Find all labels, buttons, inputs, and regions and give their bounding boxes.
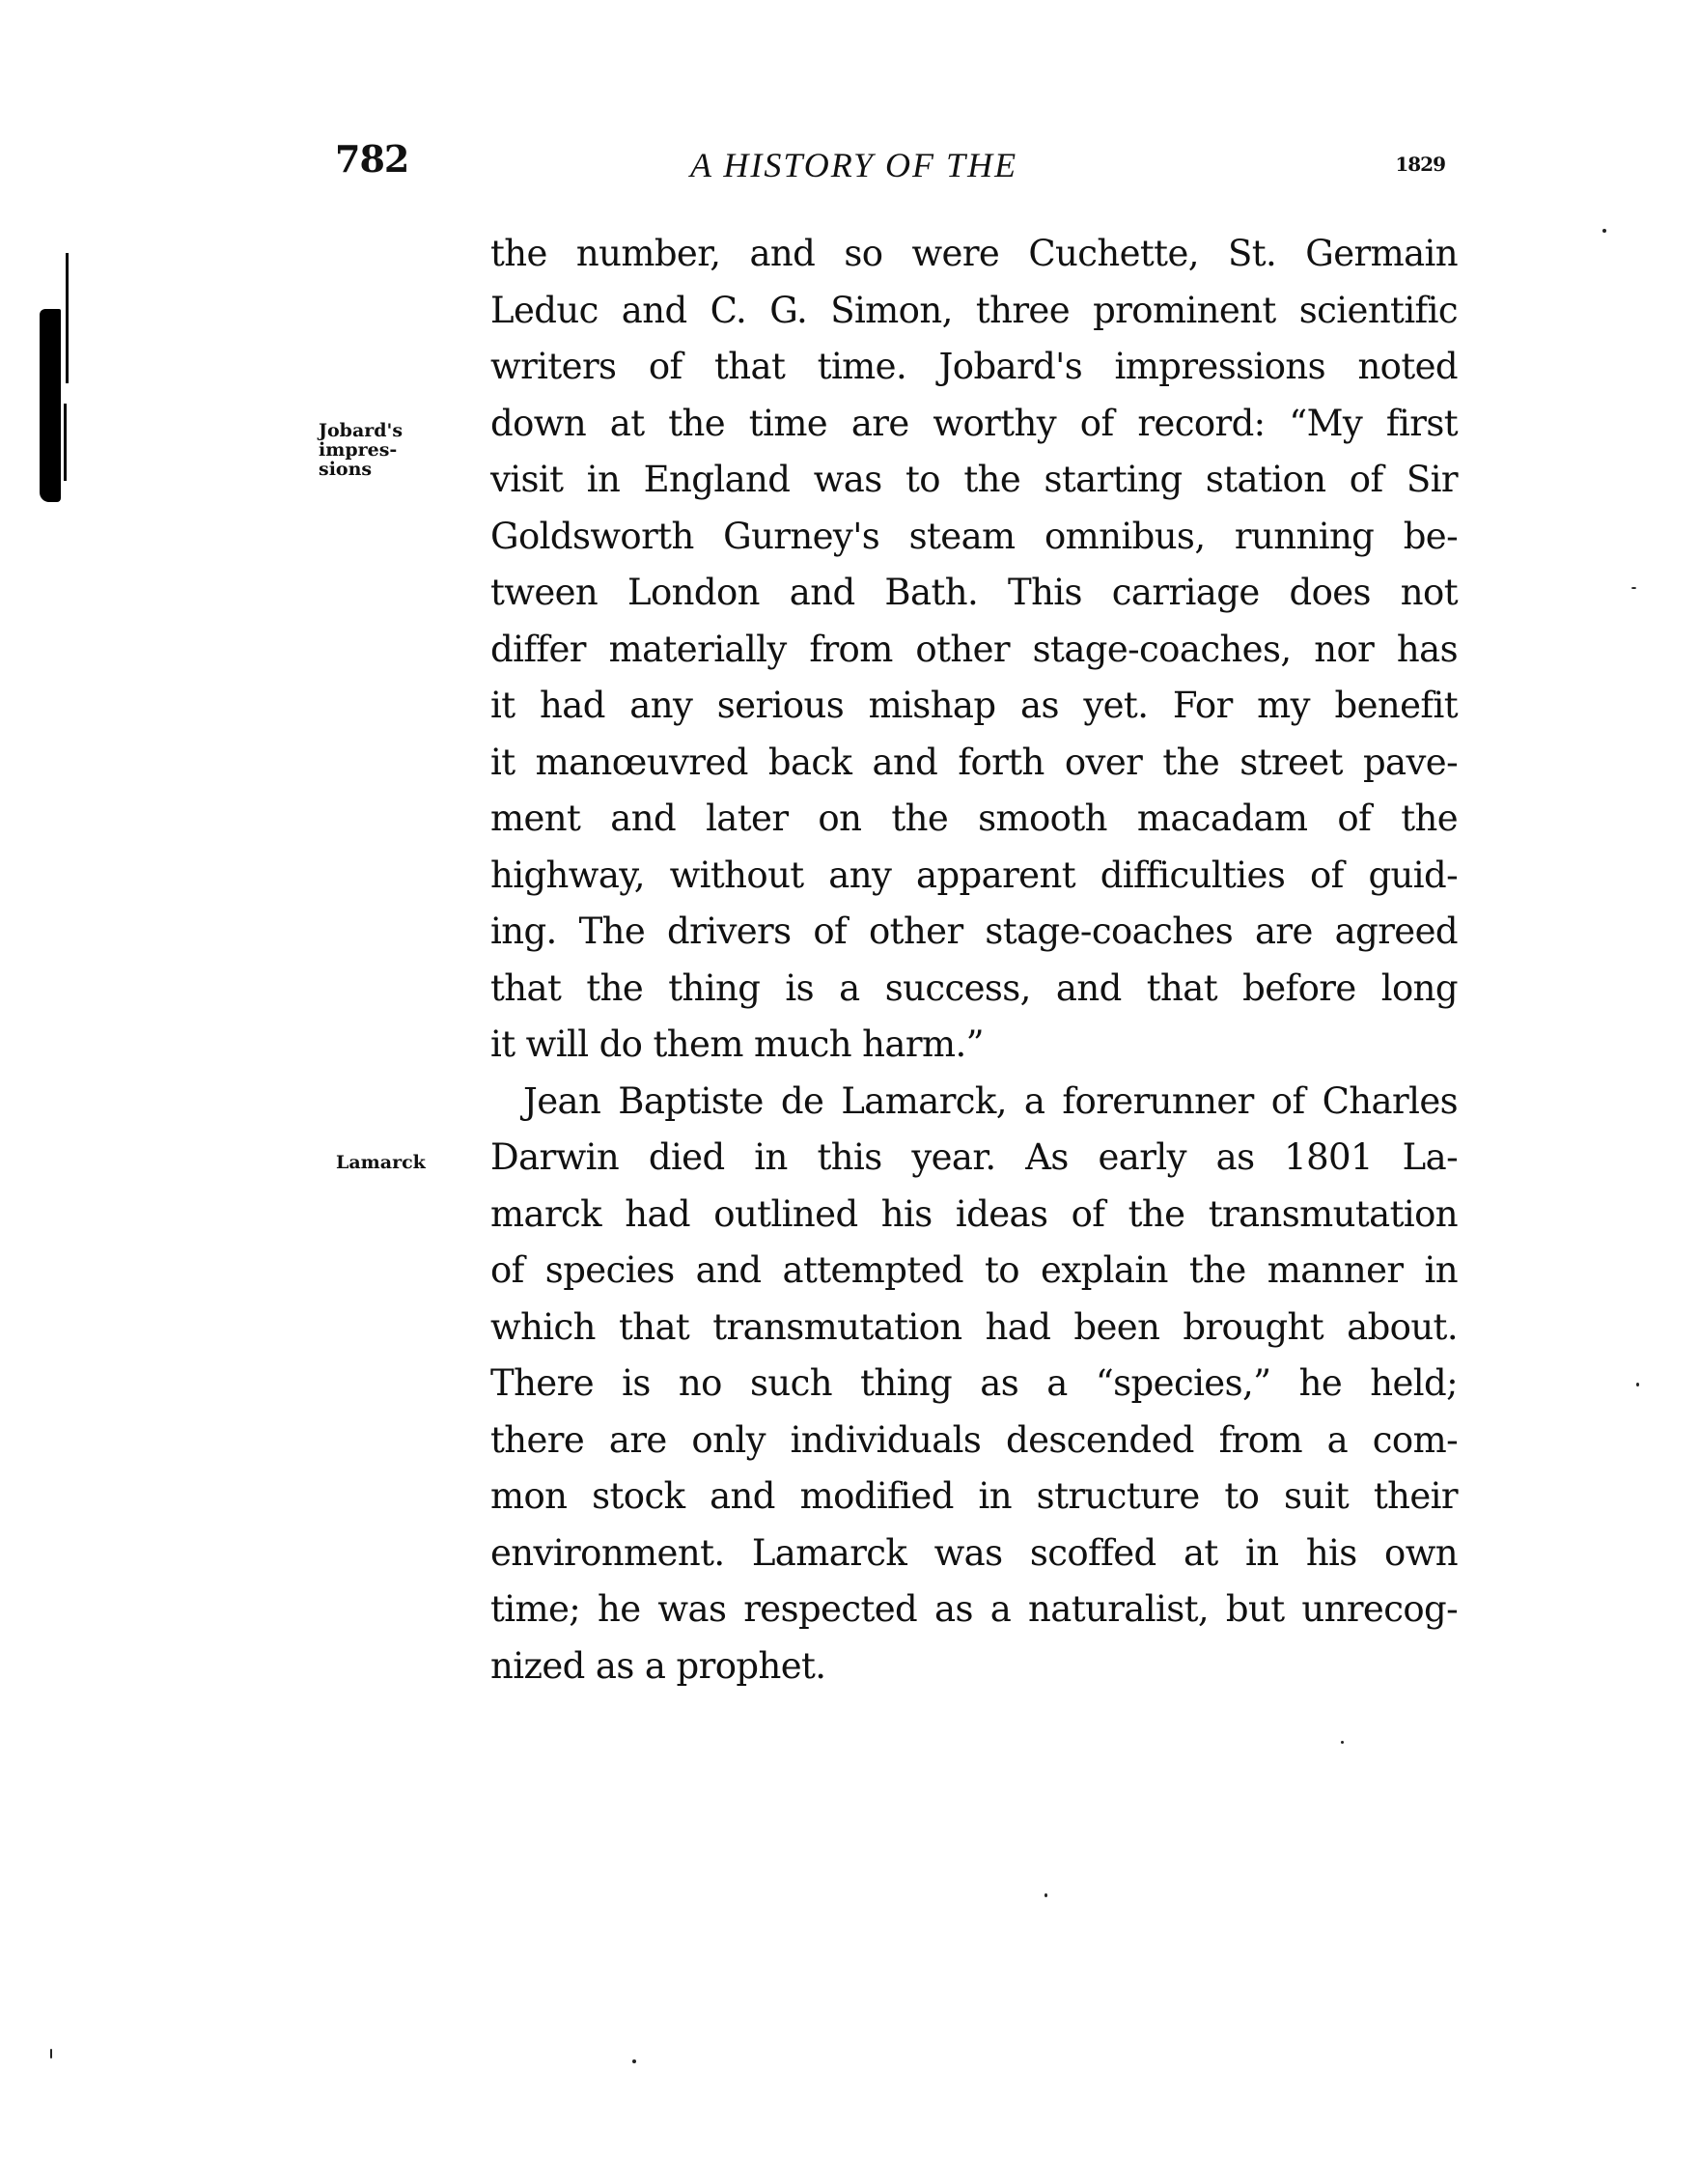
scan-speck xyxy=(50,2049,52,2058)
text-line: Goldsworth Gurney's steam omnibus, runni… xyxy=(490,509,1458,566)
scan-speck xyxy=(632,2059,636,2063)
text-line: There is no such thing as a “species,” h… xyxy=(490,1356,1458,1413)
text-line: writers of that time. Jobard's impressio… xyxy=(490,339,1458,396)
text-line: mon stock and modified in structure to s… xyxy=(490,1469,1458,1526)
scan-artifact-binding-shadow xyxy=(40,309,61,502)
text-line: tween London and Bath. This carriage doe… xyxy=(490,565,1458,622)
text-line: nized as a prophet. xyxy=(490,1638,1458,1695)
text-line: visit in England was to the starting sta… xyxy=(490,452,1458,509)
text-line: which that transmutation had been brough… xyxy=(490,1300,1458,1357)
text-line: it had any serious mishap as yet. For my… xyxy=(490,678,1458,735)
body-text: the number, and so were Cuchette, St. Ge… xyxy=(490,226,1458,1694)
text-line: marck had outlined his ideas of the tran… xyxy=(490,1187,1458,1244)
sidenote-line: Jobard's xyxy=(319,421,403,440)
text-line: there are only individuals descended fro… xyxy=(490,1413,1458,1470)
sidenote-lamarck: Lamarck xyxy=(336,1153,426,1172)
text-line: highway, without any apparent difficulti… xyxy=(490,848,1458,905)
text-line: Darwin died in this year. As early as 18… xyxy=(490,1130,1458,1187)
paragraph-jobard-quote: the number, and so were Cuchette, St. Ge… xyxy=(490,226,1458,1074)
running-title: A HISTORY OF THE xyxy=(690,145,1017,185)
book-page: 782 A HISTORY OF THE 1829 Jobard's impre… xyxy=(0,0,1699,2184)
text-line: the number, and so were Cuchette, St. Ge… xyxy=(490,226,1458,283)
scan-artifact-line xyxy=(64,404,67,481)
scan-speck xyxy=(1636,1383,1639,1386)
sidenote-line: impres- xyxy=(319,440,403,460)
text-line: differ materially from other stage-coach… xyxy=(490,622,1458,679)
text-line: Jean Baptiste de Lamarck, a forerunner o… xyxy=(490,1074,1458,1131)
running-header: 782 A HISTORY OF THE 1829 xyxy=(335,135,1445,193)
text-line: it will do them much harm.” xyxy=(490,1017,1458,1074)
text-line: ment and later on the smooth macadam of … xyxy=(490,791,1458,848)
scan-speck xyxy=(1341,1741,1344,1744)
text-line: environment. Lamarck was scoffed at in h… xyxy=(490,1526,1458,1582)
scan-artifact-line xyxy=(66,253,69,383)
text-line: that the thing is a success, and that be… xyxy=(490,961,1458,1018)
paragraph-lamarck: Jean Baptiste de Lamarck, a forerunner o… xyxy=(490,1074,1458,1695)
text-line: of species and attempted to explain the … xyxy=(490,1243,1458,1300)
sidenote-line: Lamarck xyxy=(336,1153,426,1172)
sidenote-line: sions xyxy=(319,460,403,479)
text-line: ing. The drivers of other stage-coaches … xyxy=(490,904,1458,961)
text-line: time; he was respected as a naturalist, … xyxy=(490,1582,1458,1638)
text-line: down at the time are worthy of record: “… xyxy=(490,396,1458,453)
text-line: Leduc and C. G. Simon, three prominent s… xyxy=(490,283,1458,340)
scan-speck xyxy=(1602,229,1606,233)
text-line: it manœuvred back and forth over the str… xyxy=(490,735,1458,792)
scan-speck xyxy=(1631,587,1636,589)
scan-speck xyxy=(1044,1893,1047,1897)
page-number: 782 xyxy=(335,137,408,181)
header-year: 1829 xyxy=(1395,153,1445,176)
sidenote-jobards-impressions: Jobard's impres- sions xyxy=(319,421,403,479)
